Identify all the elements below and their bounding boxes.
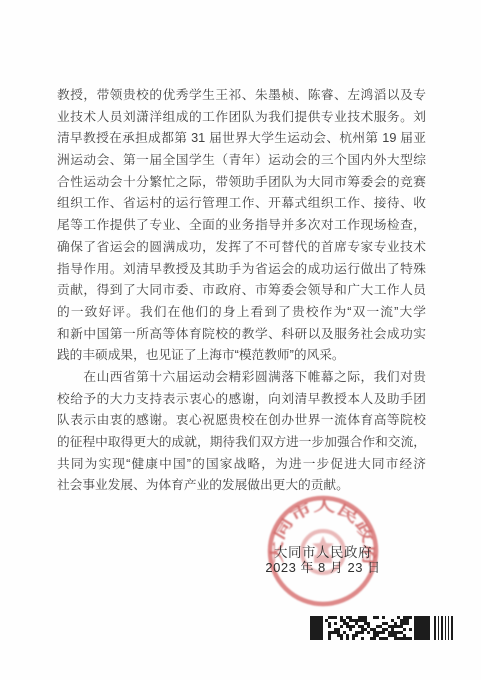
body-line: 清早教授在承担成都第 31 届世界大学生运动会、杭州第 19 届亚 (57, 128, 426, 150)
letter-body: 教授，带领贵校的优秀学生王祁、朱墨桢、陈睿、左鸿滔以及专 业技术人员刘潇洋组成的… (57, 85, 426, 497)
body-line: 队表示由衷的感谢。衷心祝愿贵校在创办世界一流体育高等院校 (57, 410, 426, 432)
body-line: 的征程中取得更大的成就，期待我们双方进一步加强合作和交流， (57, 432, 426, 454)
body-line: 校给予的大力支持表示衷心的感谢，向刘清早教授本人及助手团 (57, 389, 426, 411)
document-barcode (310, 616, 460, 640)
body-line: 确保了省运会的圆满成功，发挥了不可替代的首席专家专业技术 (57, 237, 426, 259)
body-line: 在山西省第十六届运动会精彩圆满落下帷幕之际，我们对贵 (57, 367, 426, 389)
body-line: 组织工作、省运村的运行管理工作、开幕式组织工作、接待、收 (57, 193, 426, 215)
body-line: 共同为实现“健康中国”的国家战略，为进一步促进大同市经济 (57, 454, 426, 476)
body-line: 指导作用。刘清早教授及其助手为省运会的成功运行做出了特殊 (57, 259, 426, 281)
body-line: 业技术人员刘潇洋组成的工作团队为我们提供专业技术服务。刘 (57, 107, 426, 129)
body-line: 贡献，得到了大同市委、市政府、市筹委会领导和广大工作人员 (57, 280, 426, 302)
body-line: 的一致好评。我们在他们的身上看到了贵校作为“双一流”大学 (57, 302, 426, 324)
body-line: 合性运动会十分繁忙之际，带领助手团队为大同市筹委会的竞赛 (57, 172, 426, 194)
body-line: 践的丰硕成果，也见证了上海市“模范教师”的风采。 (57, 345, 426, 367)
signature-date: 2023 年 8 月 23 日 (238, 557, 408, 576)
body-line: 和新中国第一所高等体育院校的教学、科研以及服务社会成功实 (57, 324, 426, 346)
barcode-graphic (310, 616, 460, 640)
letter-page: 教授，带领贵校的优秀学生王祁、朱墨桢、陈睿、左鸿滔以及专 业技术人员刘潇洋组成的… (0, 0, 481, 680)
body-line: 洲运动会、第一届全国学生（青年）运动会的三个国内外大型综 (57, 150, 426, 172)
body-line: 教授，带领贵校的优秀学生王祁、朱墨桢、陈睿、左鸿滔以及专 (57, 85, 426, 107)
body-line: 尾等工作提供了专业、全面的业务指导并多次对工作现场检查， (57, 215, 426, 237)
